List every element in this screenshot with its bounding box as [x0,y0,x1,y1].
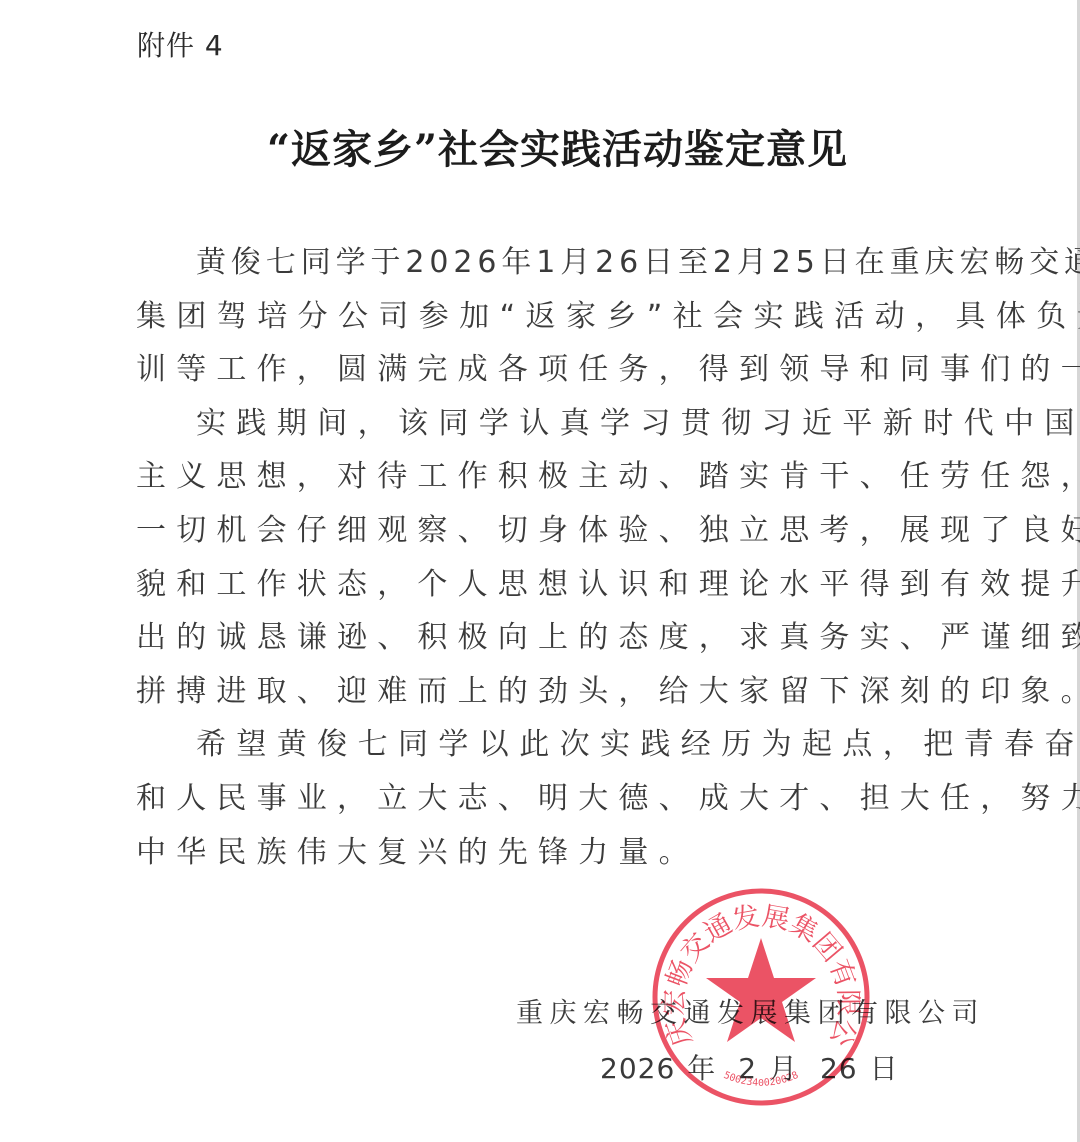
paragraph-2-line-5: 出的诚恳谦逊、积极向上的态度，求真务实、严谨细致的作风， [136,611,956,665]
paragraph-1-line-1: 黄俊七同学于2026年1月26日至2月25日在重庆宏畅交通 [136,236,956,290]
date-day-unit: 日 [870,1052,899,1085]
paragraph-3-line-2: 和人民事业，立大志、明大德、成大才、担大任，努力成为实现 [136,772,956,826]
document-title: “返家乡”社会实践活动鉴定意见 [0,122,1080,178]
paragraph-2-line-3: 一切机会仔细观察、切身体验、独立思考，展现了良好的精神风 [136,504,956,558]
star-icon [706,938,816,1042]
document-body: 黄俊七同学于2026年1月26日至2月25日在重庆宏畅交通 集团驾培分公司参加“… [136,236,956,879]
paragraph-3-line-3: 中华民族伟大复兴的先锋力量。 [136,826,956,880]
company-seal: 重庆宏畅交通发展集团有限公司 5002340020028 [650,886,872,1108]
paragraph-2-line-4: 貌和工作状态，个人思想认识和理论水平得到有效提升，所表现 [136,558,956,612]
paragraph-1-line-3: 训等工作，圆满完成各项任务，得到领导和同事们的一致好评。 [136,343,956,397]
paragraph-3-line-1: 希望黄俊七同学以此次实践经历为起点，把青春奋斗融入党 [136,718,956,772]
paragraph-2-line-1: 实践期间，该同学认真学习贯彻习近平新时代中国特色社会 [136,397,956,451]
paragraph-2-line-2: 主义思想，对待工作积极主动、踏实肯干、任劳任怨，善于利用 [136,450,956,504]
seal-serial: 5002340020028 [722,1070,800,1089]
paragraph-1-line-2: 集团驾培分公司参加“返家乡”社会实践活动，具体负责招生培 [136,290,956,344]
attachment-label: 附件 4 [137,26,224,66]
paragraph-2-line-6: 拼搏进取、迎难而上的劲头，给大家留下深刻的印象。 [136,665,956,719]
